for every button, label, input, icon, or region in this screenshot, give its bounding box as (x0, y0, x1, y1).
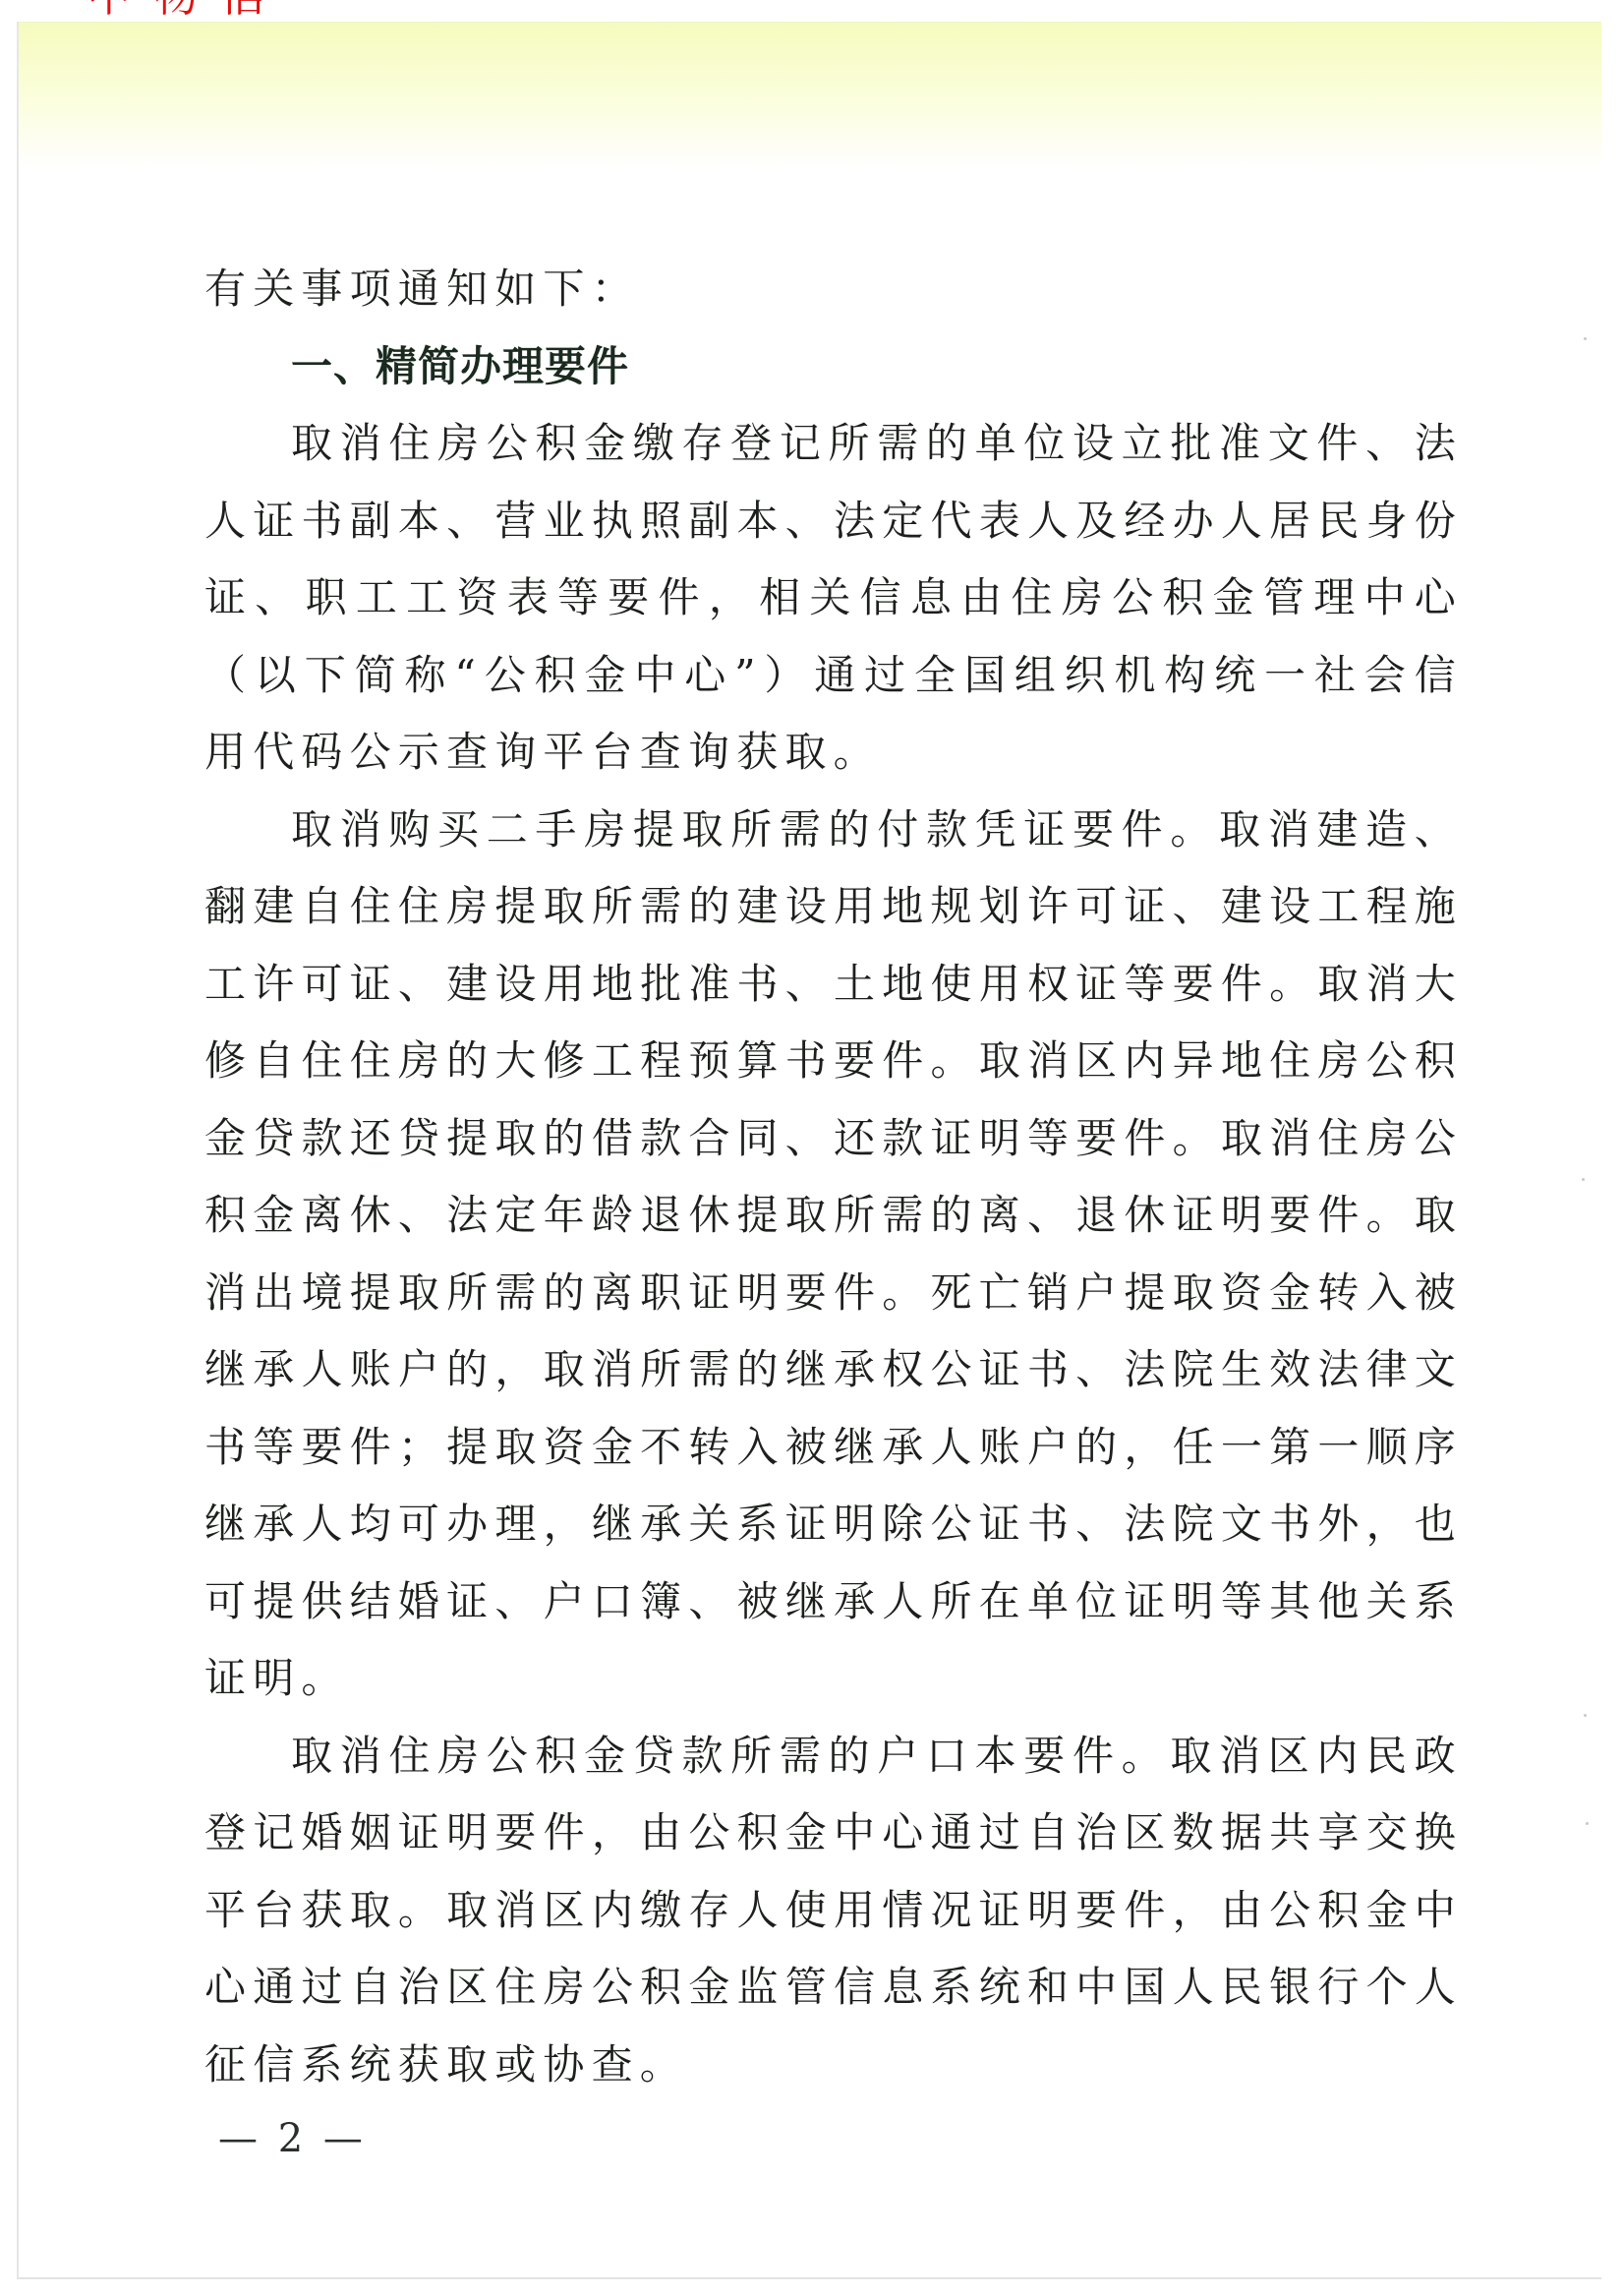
intro-line: 有关事项通知如下： (204, 251, 1463, 328)
paragraph-requirements-loan: 取消住房公积金贷款所需的户口本要件。取消区内民政登记婚姻证明要件，由公积金中心通… (204, 1718, 1463, 2104)
paragraph-requirements-withdrawal: 取消购买二手房提取所需的付款凭证要件。取消建造、翻建自住住房提取所需的建设用地规… (204, 792, 1463, 1718)
red-header-fragment: 中物信 (87, 0, 287, 18)
section-heading: 一、精简办理要件 (204, 328, 1463, 406)
scan-speck (1584, 1714, 1587, 1717)
scan-speck (1586, 1822, 1589, 1825)
scan-speck (1582, 1178, 1585, 1181)
scan-speck (1584, 337, 1587, 340)
page-number: — 2 — (218, 2116, 367, 2161)
document-body: 有关事项通知如下： 一、精简办理要件 取消住房公积金缴存登记所需的单位设立批准文… (204, 251, 1463, 2103)
paragraph-requirements-registration: 取消住房公积金缴存登记所需的单位设立批准文件、法人证书副本、营业执照副本、法定代… (204, 405, 1463, 792)
